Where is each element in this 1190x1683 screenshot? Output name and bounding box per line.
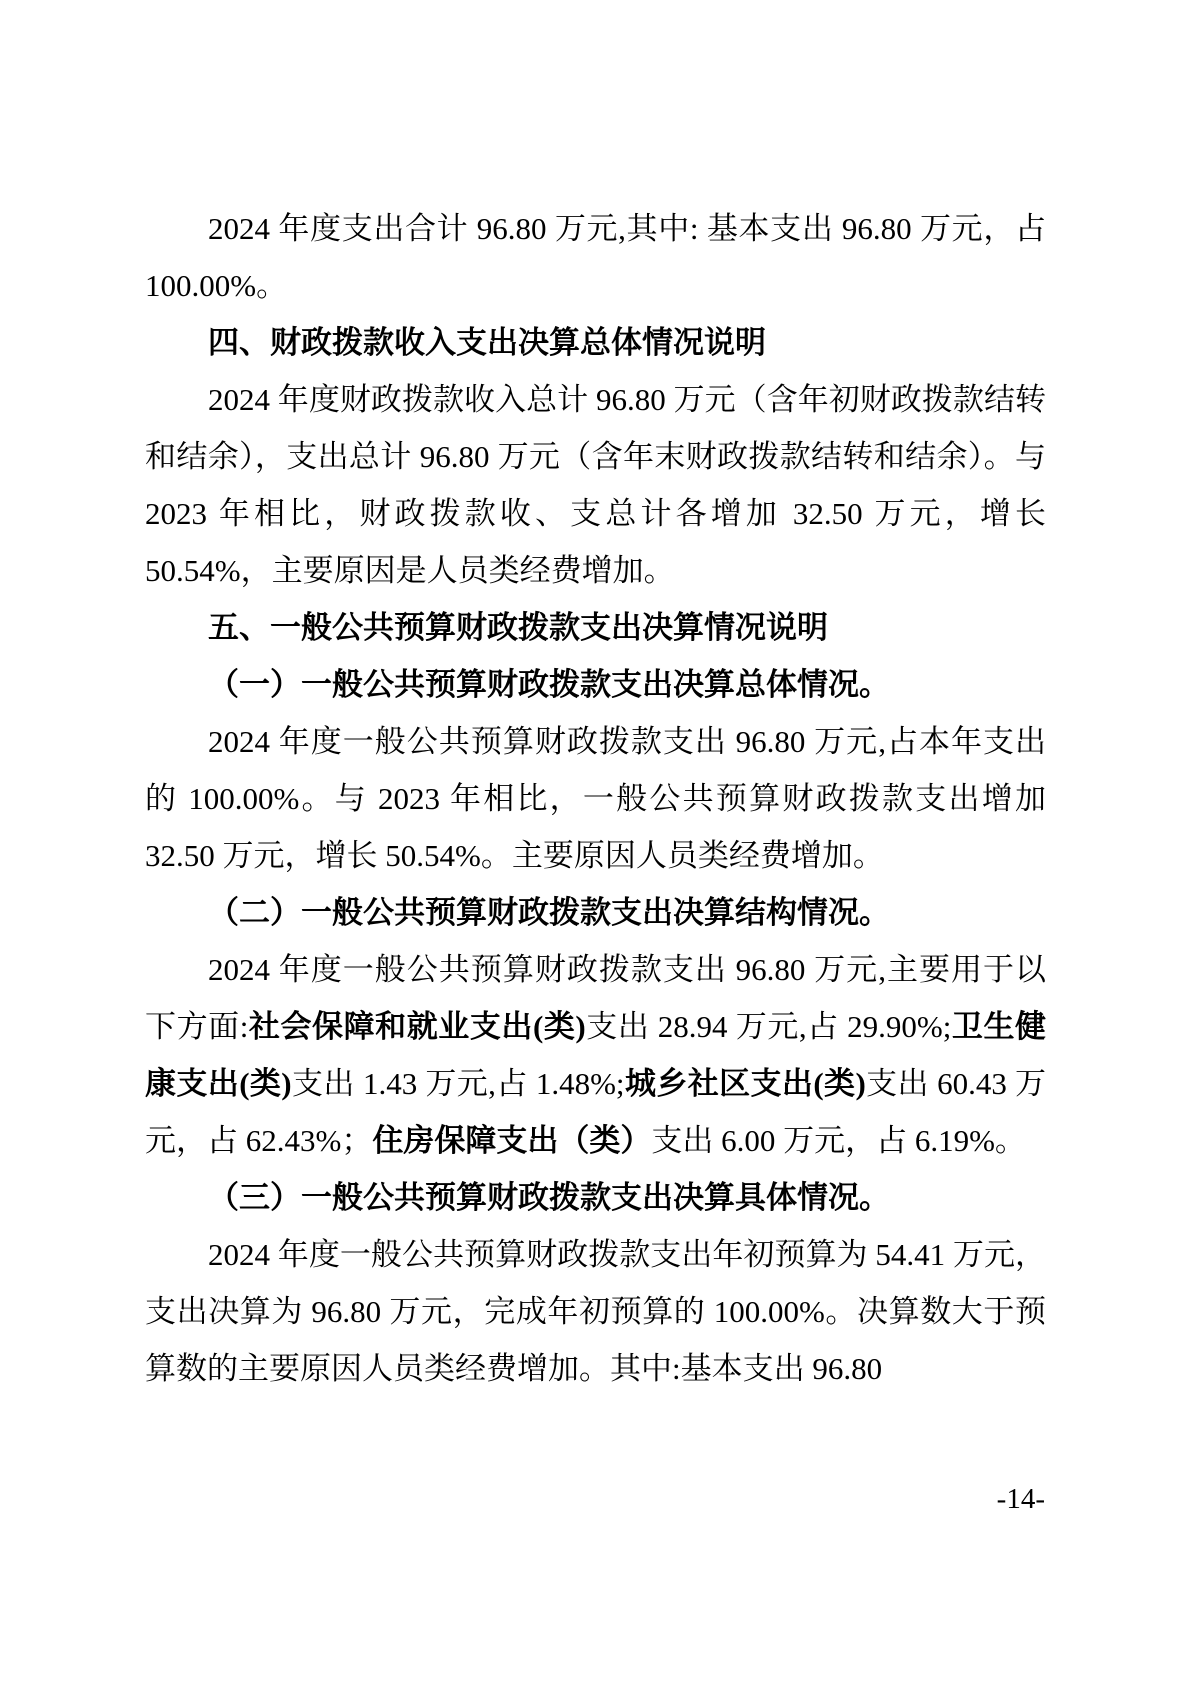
bold-term-social-security-employment: 社会保障和就业支出(类) [248, 1009, 585, 1044]
document-page: 2024 年度支出合计 96.80 万元,其中: 基本支出 96.80 万元，占… [0, 0, 1190, 1683]
paragraph-total-expenditure: 2024 年度支出合计 96.80 万元,其中: 基本支出 96.80 万元，占… [145, 200, 1046, 314]
page-number: -14- [997, 1481, 1045, 1517]
bold-term-housing-security: 住房保障支出（类） [372, 1123, 651, 1158]
subheading-3-specific: （三）一般公共预算财政拨款支出决算具体情况。 [145, 1169, 1046, 1226]
section-heading-4: 四、财政拨款收入支出决算总体情况说明 [145, 314, 1046, 371]
section-heading-5: 五、一般公共预算财政拨款支出决算情况说明 [145, 599, 1046, 656]
paragraph-specific: 2024 年度一般公共预算财政拨款支出年初预算为 54.41 万元，支出决算为 … [145, 1226, 1046, 1397]
subheading-1-overall: （一）一般公共预算财政拨款支出决算总体情况。 [145, 656, 1046, 713]
paragraph-fiscal-allocation: 2024 年度财政拨款收入总计 96.80 万元（含年初财政拨款结转和结余），支… [145, 371, 1046, 599]
text-segment-housing-value: 支出 6.00 万元，占 6.19%。 [651, 1123, 1026, 1158]
document-content: 2024 年度支出合计 96.80 万元,其中: 基本支出 96.80 万元，占… [145, 200, 1046, 1397]
paragraph-general-overall: 2024 年度一般公共预算财政拨款支出 96.80 万元,占本年支出的 100.… [145, 713, 1046, 884]
text-segment-health-value: 支出 1.43 万元,占 1.48%; [292, 1066, 625, 1101]
bold-term-urban-rural-community: 城乡社区支出(类) [625, 1066, 866, 1101]
paragraph-structure: 2024 年度一般公共预算财政拨款支出 96.80 万元,主要用于以下方面:社会… [145, 941, 1046, 1169]
text-segment-social-security-value: 支出 28.94 万元,占 29.90%; [586, 1009, 952, 1044]
subheading-2-structure: （二）一般公共预算财政拨款支出决算结构情况。 [145, 884, 1046, 941]
